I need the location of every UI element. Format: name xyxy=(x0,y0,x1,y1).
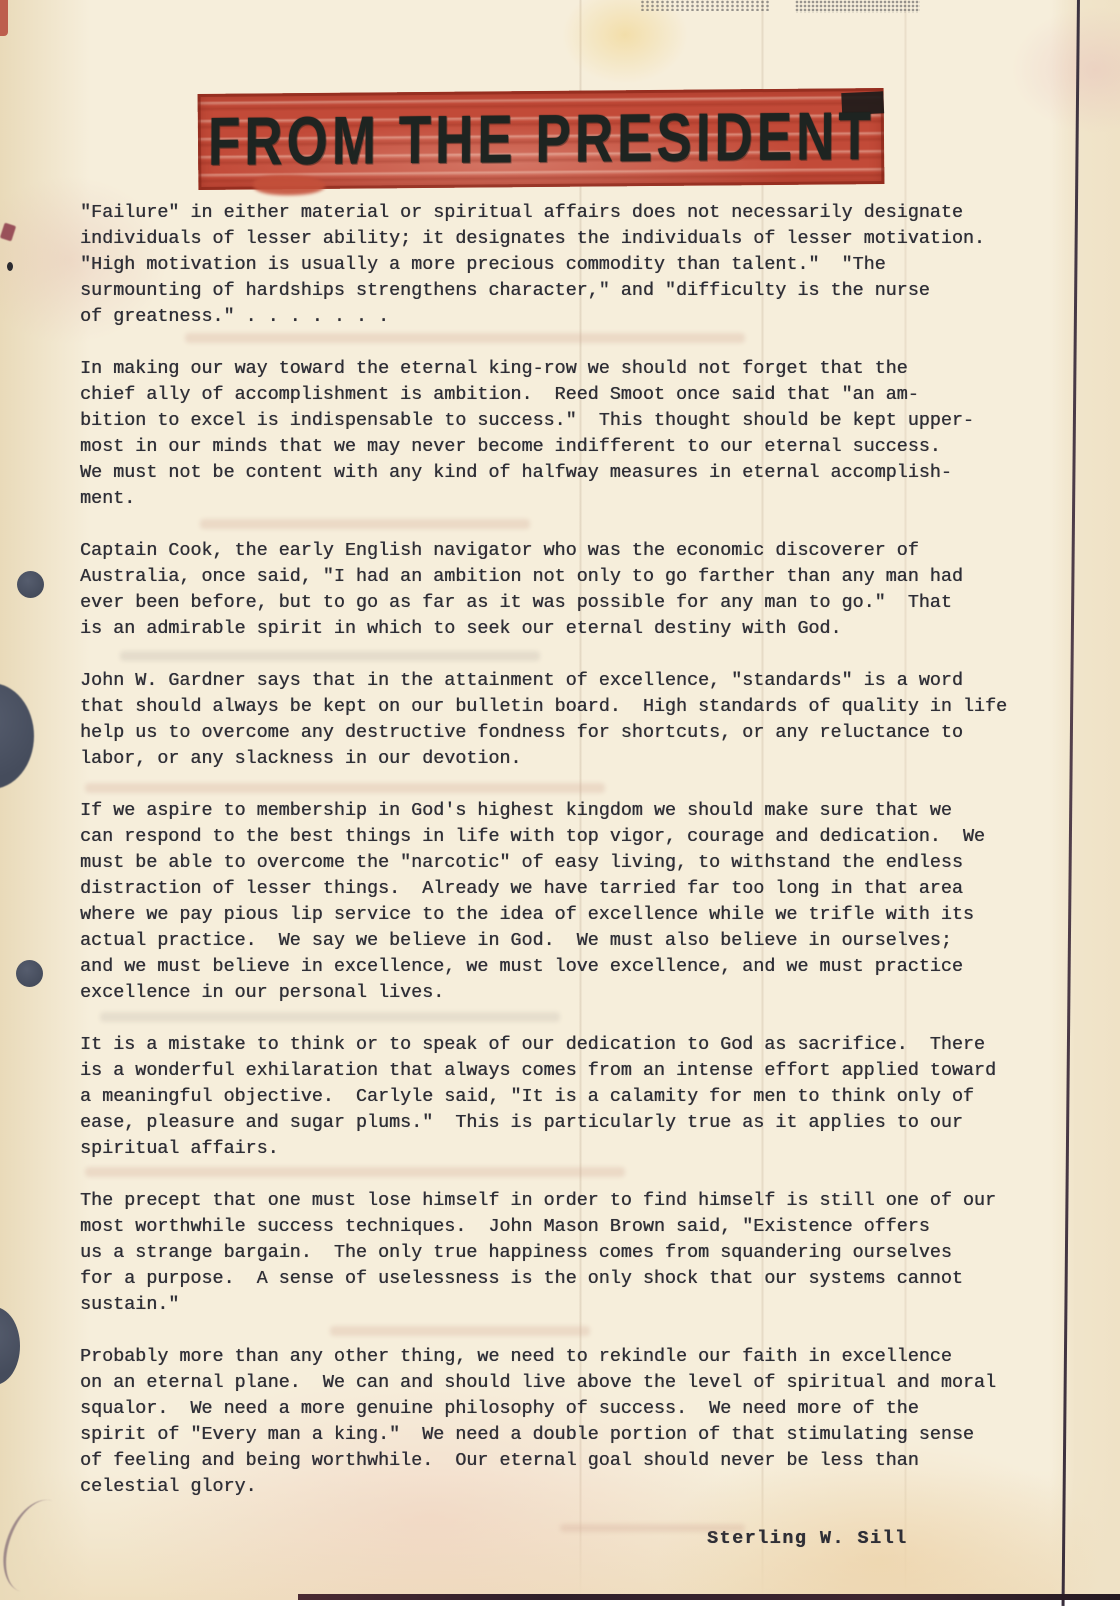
scan-noise-speckle xyxy=(640,0,770,11)
bleed-through-mark xyxy=(100,1012,560,1022)
bleed-through-mark xyxy=(85,783,605,793)
bleed-through-mark xyxy=(85,1167,625,1177)
hole-punch-torn xyxy=(0,683,34,789)
page-edge-line xyxy=(1062,0,1080,1600)
bleed-through-mark xyxy=(120,651,540,661)
paragraph-sacrifice: It is a mistake to think or to speak of … xyxy=(80,1032,1030,1162)
paragraph-king-row: In making our way toward the eternal kin… xyxy=(80,356,1030,512)
red-ink-streak xyxy=(0,0,8,36)
hole-punch-torn xyxy=(0,1307,20,1385)
bleed-through-mark xyxy=(185,333,745,343)
ink-dot xyxy=(7,262,13,271)
letter-body: "Failure" in either material or spiritua… xyxy=(80,200,1030,1552)
bleed-through-mark xyxy=(330,1326,590,1336)
signature: Sterling W. Sill xyxy=(707,1526,1030,1552)
hole-punch xyxy=(17,571,44,598)
paragraph-precept: The precept that one must lose himself i… xyxy=(80,1188,1030,1318)
paragraph-rekindle: Probably more than any other thing, we n… xyxy=(80,1344,1030,1500)
paragraph-gardner: John W. Gardner says that in the attainm… xyxy=(80,668,1030,772)
scan-noise-speckle xyxy=(795,0,920,13)
scanned-newsletter-page: FROM THE PRESIDENT "Failure" in either m… xyxy=(0,0,1120,1600)
red-margin-mark xyxy=(0,223,16,242)
hole-punch xyxy=(16,960,43,987)
scan-bottom-strip xyxy=(298,1594,1120,1600)
bleed-through-mark xyxy=(560,1524,745,1532)
header-banner: FROM THE PRESIDENT xyxy=(198,88,885,190)
paragraph-captain-cook: Captain Cook, the early English navigato… xyxy=(80,538,1030,642)
page-title: FROM THE PRESIDENT xyxy=(207,97,874,181)
bleed-through-mark xyxy=(200,519,530,529)
paragraph-failure: "Failure" in either material or spiritua… xyxy=(80,200,1030,330)
pencil-scratch xyxy=(0,1492,78,1600)
paragraph-aspire: If we aspire to membership in God's high… xyxy=(80,798,1030,1006)
